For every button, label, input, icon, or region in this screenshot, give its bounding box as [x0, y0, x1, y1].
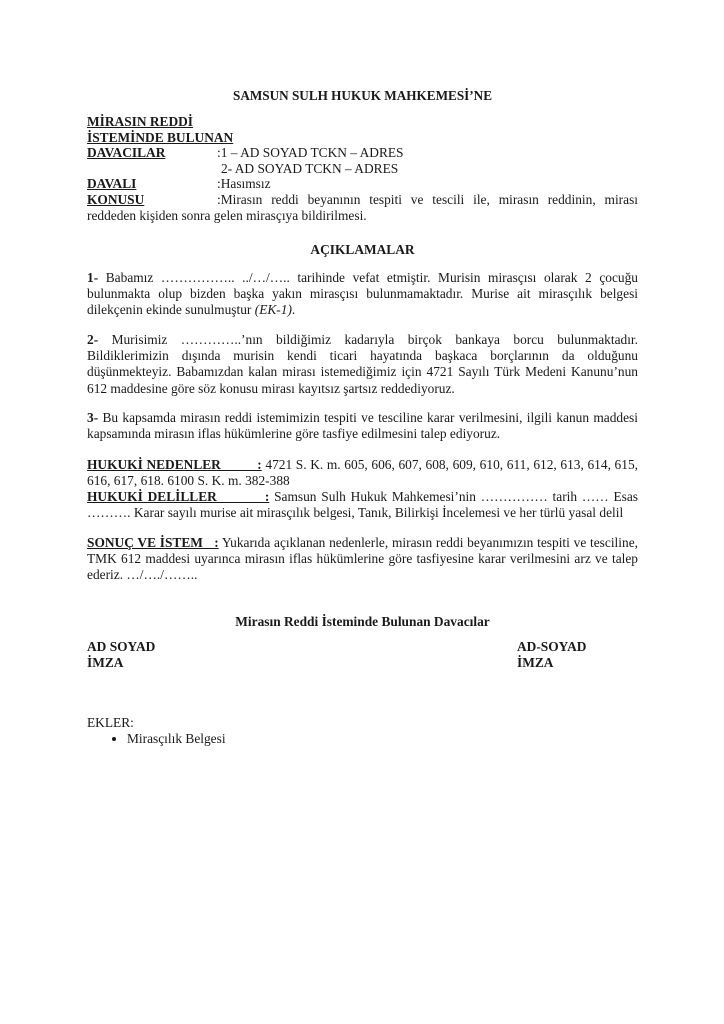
- paragraph-3: 3- Bu kapsamda mirasın reddi istemimizin…: [87, 410, 638, 442]
- paragraph-2: 2- Murisimiz …………..’nın bildiğimiz kadar…: [87, 332, 638, 397]
- court-title: SAMSUN SULH HUKUK MAHKEMESİ’NE: [87, 88, 638, 104]
- paragraph-1: 1- Babamız …………….. ../…/….. tarihinde ve…: [87, 270, 638, 319]
- hukuki-nedenler: HUKUKİ NEDENLER : 4721 S. K. m. 605, 606…: [87, 457, 638, 489]
- header-line-1: MİRASIN REDDİ: [87, 114, 193, 129]
- aciklamalar-title: AÇIKLAMALAR: [87, 242, 638, 258]
- davacilar-label: DAVACILAR: [87, 145, 217, 161]
- attachments-label: EKLER:: [87, 715, 226, 731]
- sonuc-ve-istem: SONUÇ VE İSTEM : Yukarıda açıklanan nede…: [87, 535, 638, 584]
- attachments-list: Mirasçılık Belgesi: [87, 731, 226, 747]
- petition-header: MİRASIN REDDİ İSTEMİNDE BULUNAN DAVACILA…: [87, 114, 638, 223]
- davali-value: :Hasımsız: [217, 176, 271, 191]
- hukuki-deliller: HUKUKİ DELİLLER : Samsun Sulh Hukuk Mahk…: [87, 489, 638, 521]
- attachments: EKLER: Mirasçılık Belgesi: [87, 715, 226, 747]
- davacilar-value-2: 2- AD SOYAD TCKN – ADRES: [221, 161, 398, 176]
- signature-block-right: AD-SOYAD İMZA: [517, 639, 586, 671]
- attachment-item: Mirasçılık Belgesi: [127, 731, 226, 747]
- signature-block-left: AD SOYAD İMZA: [87, 639, 155, 671]
- signature-title: Mirasın Reddi İsteminde Bulunan Davacıla…: [87, 614, 638, 630]
- header-line-2: İSTEMİNDE BULUNAN: [87, 130, 233, 145]
- davacilar-value-1: :1 – AD SOYAD TCKN – ADRES: [217, 145, 404, 160]
- konusu-label: KONUSU: [87, 192, 217, 208]
- davali-label: DAVALI: [87, 176, 217, 192]
